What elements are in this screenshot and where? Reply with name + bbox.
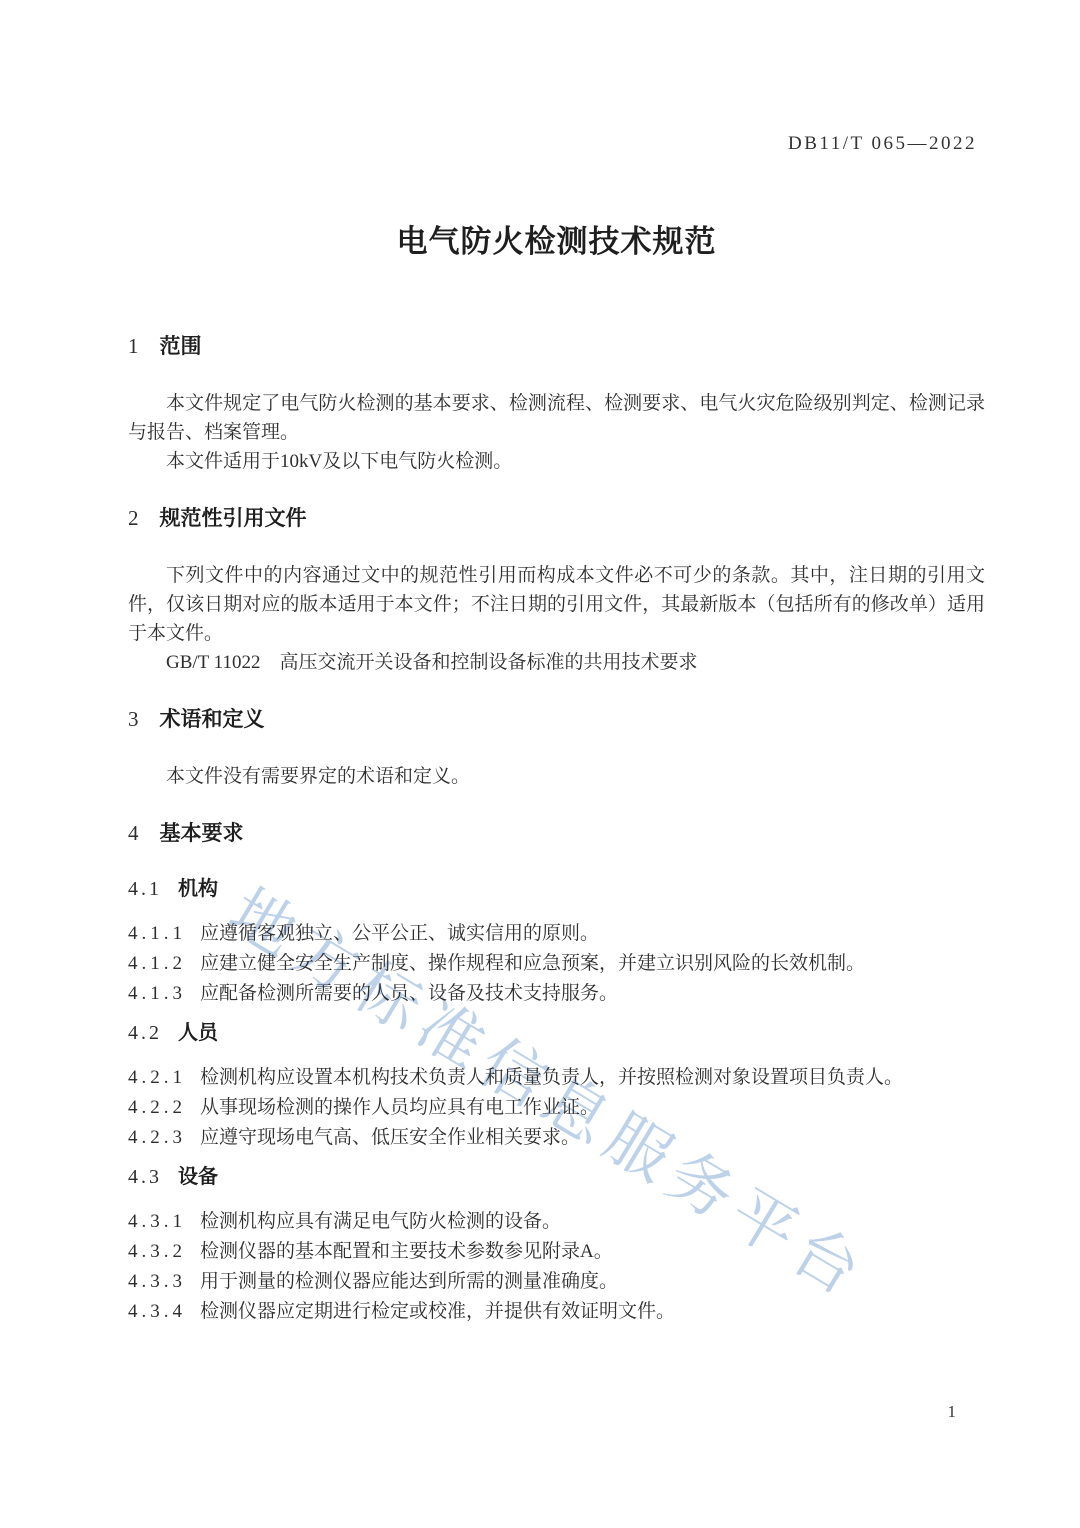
page-number: 1 [948, 1402, 957, 1422]
clause-list-4-3: 4.3.1 检测机构应具有满足电气防火检测的设备。 4.3.2 检测仪器的基本配… [128, 1207, 985, 1327]
clause-4-3-4: 4.3.4 检测仪器应定期进行检定或校准，并提供有效证明文件。 [128, 1297, 985, 1327]
clause-text: 用于测量的检测仪器应能达到所需的测量准确度。 [200, 1267, 618, 1297]
subsection-4-3-heading: 4.3 设备 [128, 1164, 985, 1190]
subsection-number: 4.1 [128, 876, 162, 902]
clause-list-4-2: 4.2.1 检测机构应设置本机构技术负责人和质量负责人，并按照检测对象设置项目负… [128, 1063, 985, 1153]
subsection-title: 设备 [178, 1164, 218, 1190]
clause-number: 4.1.1 [128, 919, 186, 949]
clause-list-4-1: 4.1.1 应遵循客观独立、公平公正、诚实信用的原则。 4.1.2 应建立健全安… [128, 919, 985, 1009]
section-number: 2 [128, 504, 142, 532]
section-1-heading: 1 范围 [128, 332, 985, 361]
clause-number: 4.2.2 [128, 1093, 186, 1123]
section-number: 4 [128, 819, 142, 847]
clause-4-3-2: 4.3.2 检测仪器的基本配置和主要技术参数参见附录A。 [128, 1237, 985, 1267]
clause-text: 应遵循客观独立、公平公正、诚实信用的原则。 [200, 919, 599, 949]
section-title: 规范性引用文件 [160, 505, 307, 533]
subsection-number: 4.2 [128, 1020, 162, 1046]
subsection-title: 人员 [178, 1020, 218, 1046]
clause-4-2-2: 4.2.2 从事现场检测的操作人员均应具有电工作业证。 [128, 1093, 985, 1123]
clause-4-3-3: 4.3.3 用于测量的检测仪器应能达到所需的测量准确度。 [128, 1267, 985, 1297]
clause-number: 4.1.3 [128, 979, 186, 1009]
section-4-heading: 4 基本要求 [128, 819, 985, 848]
clause-number: 4.3.4 [128, 1297, 186, 1327]
section-number: 1 [128, 332, 142, 360]
section-title: 术语和定义 [160, 706, 265, 734]
section-3-heading: 3 术语和定义 [128, 705, 985, 734]
document-title: 电气防火检测技术规范 [128, 222, 985, 262]
clause-text: 应配备检测所需要的人员、设备及技术支持服务。 [200, 979, 618, 1009]
clause-number: 4.1.2 [128, 949, 186, 979]
section-2-reference: GB/T 11022 高压交流开关设备和控制设备标准的共用技术要求 [128, 648, 985, 677]
section-1-paragraph-2: 本文件适用于10kV及以下电气防火检测。 [128, 447, 985, 476]
clause-number: 4.3.3 [128, 1267, 186, 1297]
subsection-4-1-heading: 4.1 机构 [128, 876, 985, 902]
clause-number: 4.2.3 [128, 1123, 186, 1153]
clause-number: 4.3.1 [128, 1207, 186, 1237]
document-page: 地方标准信息服务平台 DB11/T 065—2022 电气防火检测技术规范 1 … [0, 0, 1080, 1528]
clause-text: 从事现场检测的操作人员均应具有电工作业证。 [200, 1093, 599, 1123]
subsection-title: 机构 [178, 876, 218, 902]
clause-text: 应遵守现场电气高、低压安全作业相关要求。 [200, 1123, 580, 1153]
document-content: 电气防火检测技术规范 1 范围 本文件规定了电气防火检测的基本要求、检测流程、检… [0, 222, 1080, 1327]
clause-4-2-1: 4.2.1 检测机构应设置本机构技术负责人和质量负责人，并按照检测对象设置项目负… [128, 1063, 985, 1093]
doc-number: DB11/T 065—2022 [788, 133, 977, 155]
clause-number: 4.2.1 [128, 1063, 186, 1093]
section-title: 基本要求 [160, 820, 244, 848]
clause-4-2-3: 4.2.3 应遵守现场电气高、低压安全作业相关要求。 [128, 1123, 985, 1153]
clause-text: 检测仪器应定期进行检定或校准，并提供有效证明文件。 [200, 1297, 675, 1327]
clause-4-3-1: 4.3.1 检测机构应具有满足电气防火检测的设备。 [128, 1207, 985, 1237]
clause-4-1-1: 4.1.1 应遵循客观独立、公平公正、诚实信用的原则。 [128, 919, 985, 949]
clause-text: 检测机构应具有满足电气防火检测的设备。 [200, 1207, 561, 1237]
clause-4-1-2: 4.1.2 应建立健全安全生产制度、操作规程和应急预案，并建立识别风险的长效机制… [128, 949, 985, 979]
clause-text: 检测机构应设置本机构技术负责人和质量负责人，并按照检测对象设置项目负责人。 [200, 1063, 903, 1093]
clause-number: 4.3.2 [128, 1237, 186, 1267]
clause-text: 检测仪器的基本配置和主要技术参数参见附录A。 [200, 1237, 613, 1267]
section-1-paragraph-1: 本文件规定了电气防火检测的基本要求、检测流程、检测要求、电气火灾危险级别判定、检… [128, 389, 985, 447]
section-2-heading: 2 规范性引用文件 [128, 504, 985, 533]
subsection-number: 4.3 [128, 1164, 162, 1190]
subsection-4-2-heading: 4.2 人员 [128, 1020, 985, 1046]
clause-text: 应建立健全安全生产制度、操作规程和应急预案，并建立识别风险的长效机制。 [200, 949, 865, 979]
section-title: 范围 [160, 333, 202, 361]
clause-4-1-3: 4.1.3 应配备检测所需要的人员、设备及技术支持服务。 [128, 979, 985, 1009]
section-number: 3 [128, 705, 142, 733]
section-3-paragraph-1: 本文件没有需要界定的术语和定义。 [128, 762, 985, 791]
section-2-paragraph-1: 下列文件中的内容通过文中的规范性引用而构成本文件必不可少的条款。其中，注日期的引… [128, 561, 985, 648]
